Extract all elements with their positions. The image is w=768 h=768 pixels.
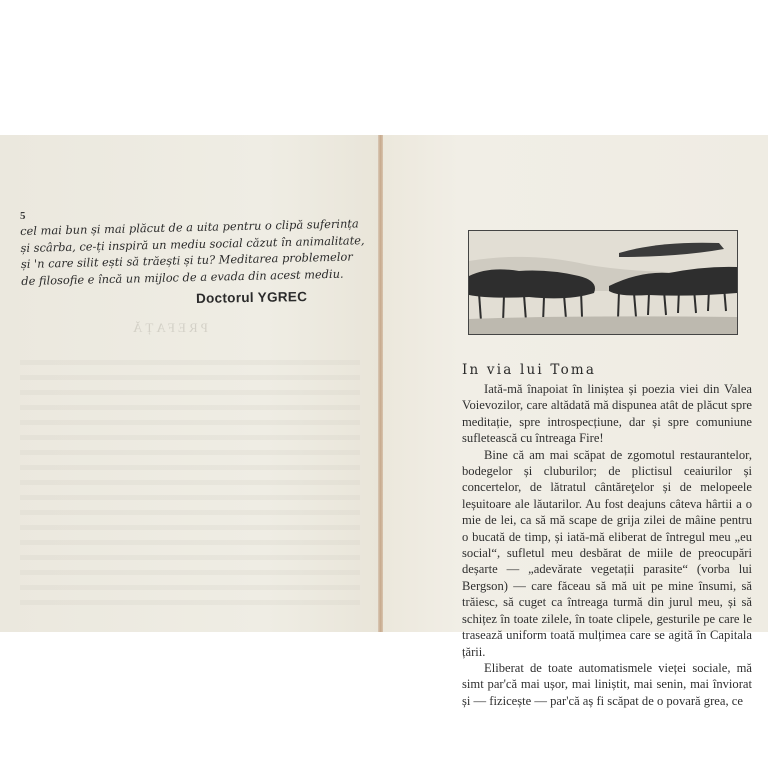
show-through-heading: PREFAȚĂ: [130, 320, 208, 336]
page-number: 5: [20, 210, 26, 222]
landscape-illustration: [468, 230, 738, 335]
show-through-text: [20, 350, 360, 610]
open-book: PREFAȚĂ 5 cel mai bun și mai plăcut de a…: [0, 135, 768, 632]
paragraph: Iată-mă înapoiat în liniștea și poezia v…: [462, 381, 752, 447]
closing-paragraph: cel mai bun și mai plăcut de a uita pent…: [20, 215, 361, 289]
paragraph: Eliberat de toate automatismele vieței s…: [462, 660, 752, 709]
chapter-title: In via lui Toma: [462, 362, 596, 378]
chapter-body: Iată-mă înapoiat în liniștea și poezia v…: [462, 381, 752, 709]
right-page: In via lui Toma Iată-mă înapoiat în lini…: [383, 135, 768, 632]
author-signature: Doctorul YGREC: [196, 289, 307, 306]
engraving-image: [469, 231, 737, 334]
left-page: PREFAȚĂ 5 cel mai bun și mai plăcut de a…: [0, 135, 379, 632]
paragraph: Bine că am mai scăpat de zgomotul restau…: [462, 447, 752, 660]
